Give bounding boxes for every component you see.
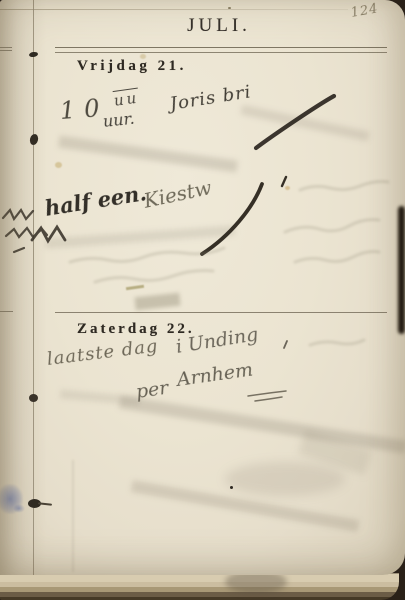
gutter-shadow [0, 0, 46, 575]
olive-mark [126, 285, 144, 290]
scratch-line [72, 460, 74, 572]
handwriting-arnhem: Arnhem [175, 358, 254, 390]
pencil-smudge [298, 430, 372, 475]
pencil-smudge [60, 390, 140, 406]
header-double-rule [55, 47, 387, 53]
stub-rule-mid [0, 311, 13, 312]
section-divider-rule [55, 312, 387, 313]
month-title: JULI. [33, 15, 405, 37]
day-heading-friday: Vrijdag 21. [77, 58, 187, 75]
handwriting-uu: uu [113, 89, 141, 110]
handwriting-uur: uur. [102, 109, 135, 131]
handwriting-name: Joris bri [168, 81, 253, 115]
top-page-edge [0, 9, 348, 10]
backing-notch [398, 206, 405, 334]
ink-speck [230, 486, 233, 489]
handwriting-strokes-overlay [0, 0, 405, 575]
ink-slash-friday [256, 96, 334, 148]
pencil-smudge [45, 225, 235, 248]
handwriting-per: per [134, 377, 169, 403]
pencil-smudge [119, 395, 405, 453]
scanned-diary-photo: JULI. 124 Vrijdag 21. 10 uu uur. Joris b… [0, 0, 405, 600]
handwriting-kiestw: Kiestw [142, 175, 214, 213]
diary-page: JULI. 124 Vrijdag 21. 10 uu uur. Joris b… [0, 0, 405, 575]
pencil-smudge [131, 480, 360, 532]
page-edge-stack [0, 573, 399, 600]
arnhem-underline [248, 391, 286, 401]
pencil-smudge [58, 136, 238, 173]
handwriting-time: 10 [59, 94, 109, 125]
stub-rule-top-1 [0, 47, 12, 48]
foxing-spot [285, 186, 290, 190]
ink-stroke-descender [202, 177, 287, 348]
handwriting-half-een: half een. [43, 180, 148, 221]
stub-rule-top-2 [0, 50, 12, 51]
pencil-smudge [225, 462, 345, 496]
pencil-smudge [240, 105, 369, 142]
pencil-smudge [134, 293, 180, 311]
handwriting-laatste-dag: laatste dag [46, 335, 160, 370]
foxing-spot [55, 162, 62, 168]
